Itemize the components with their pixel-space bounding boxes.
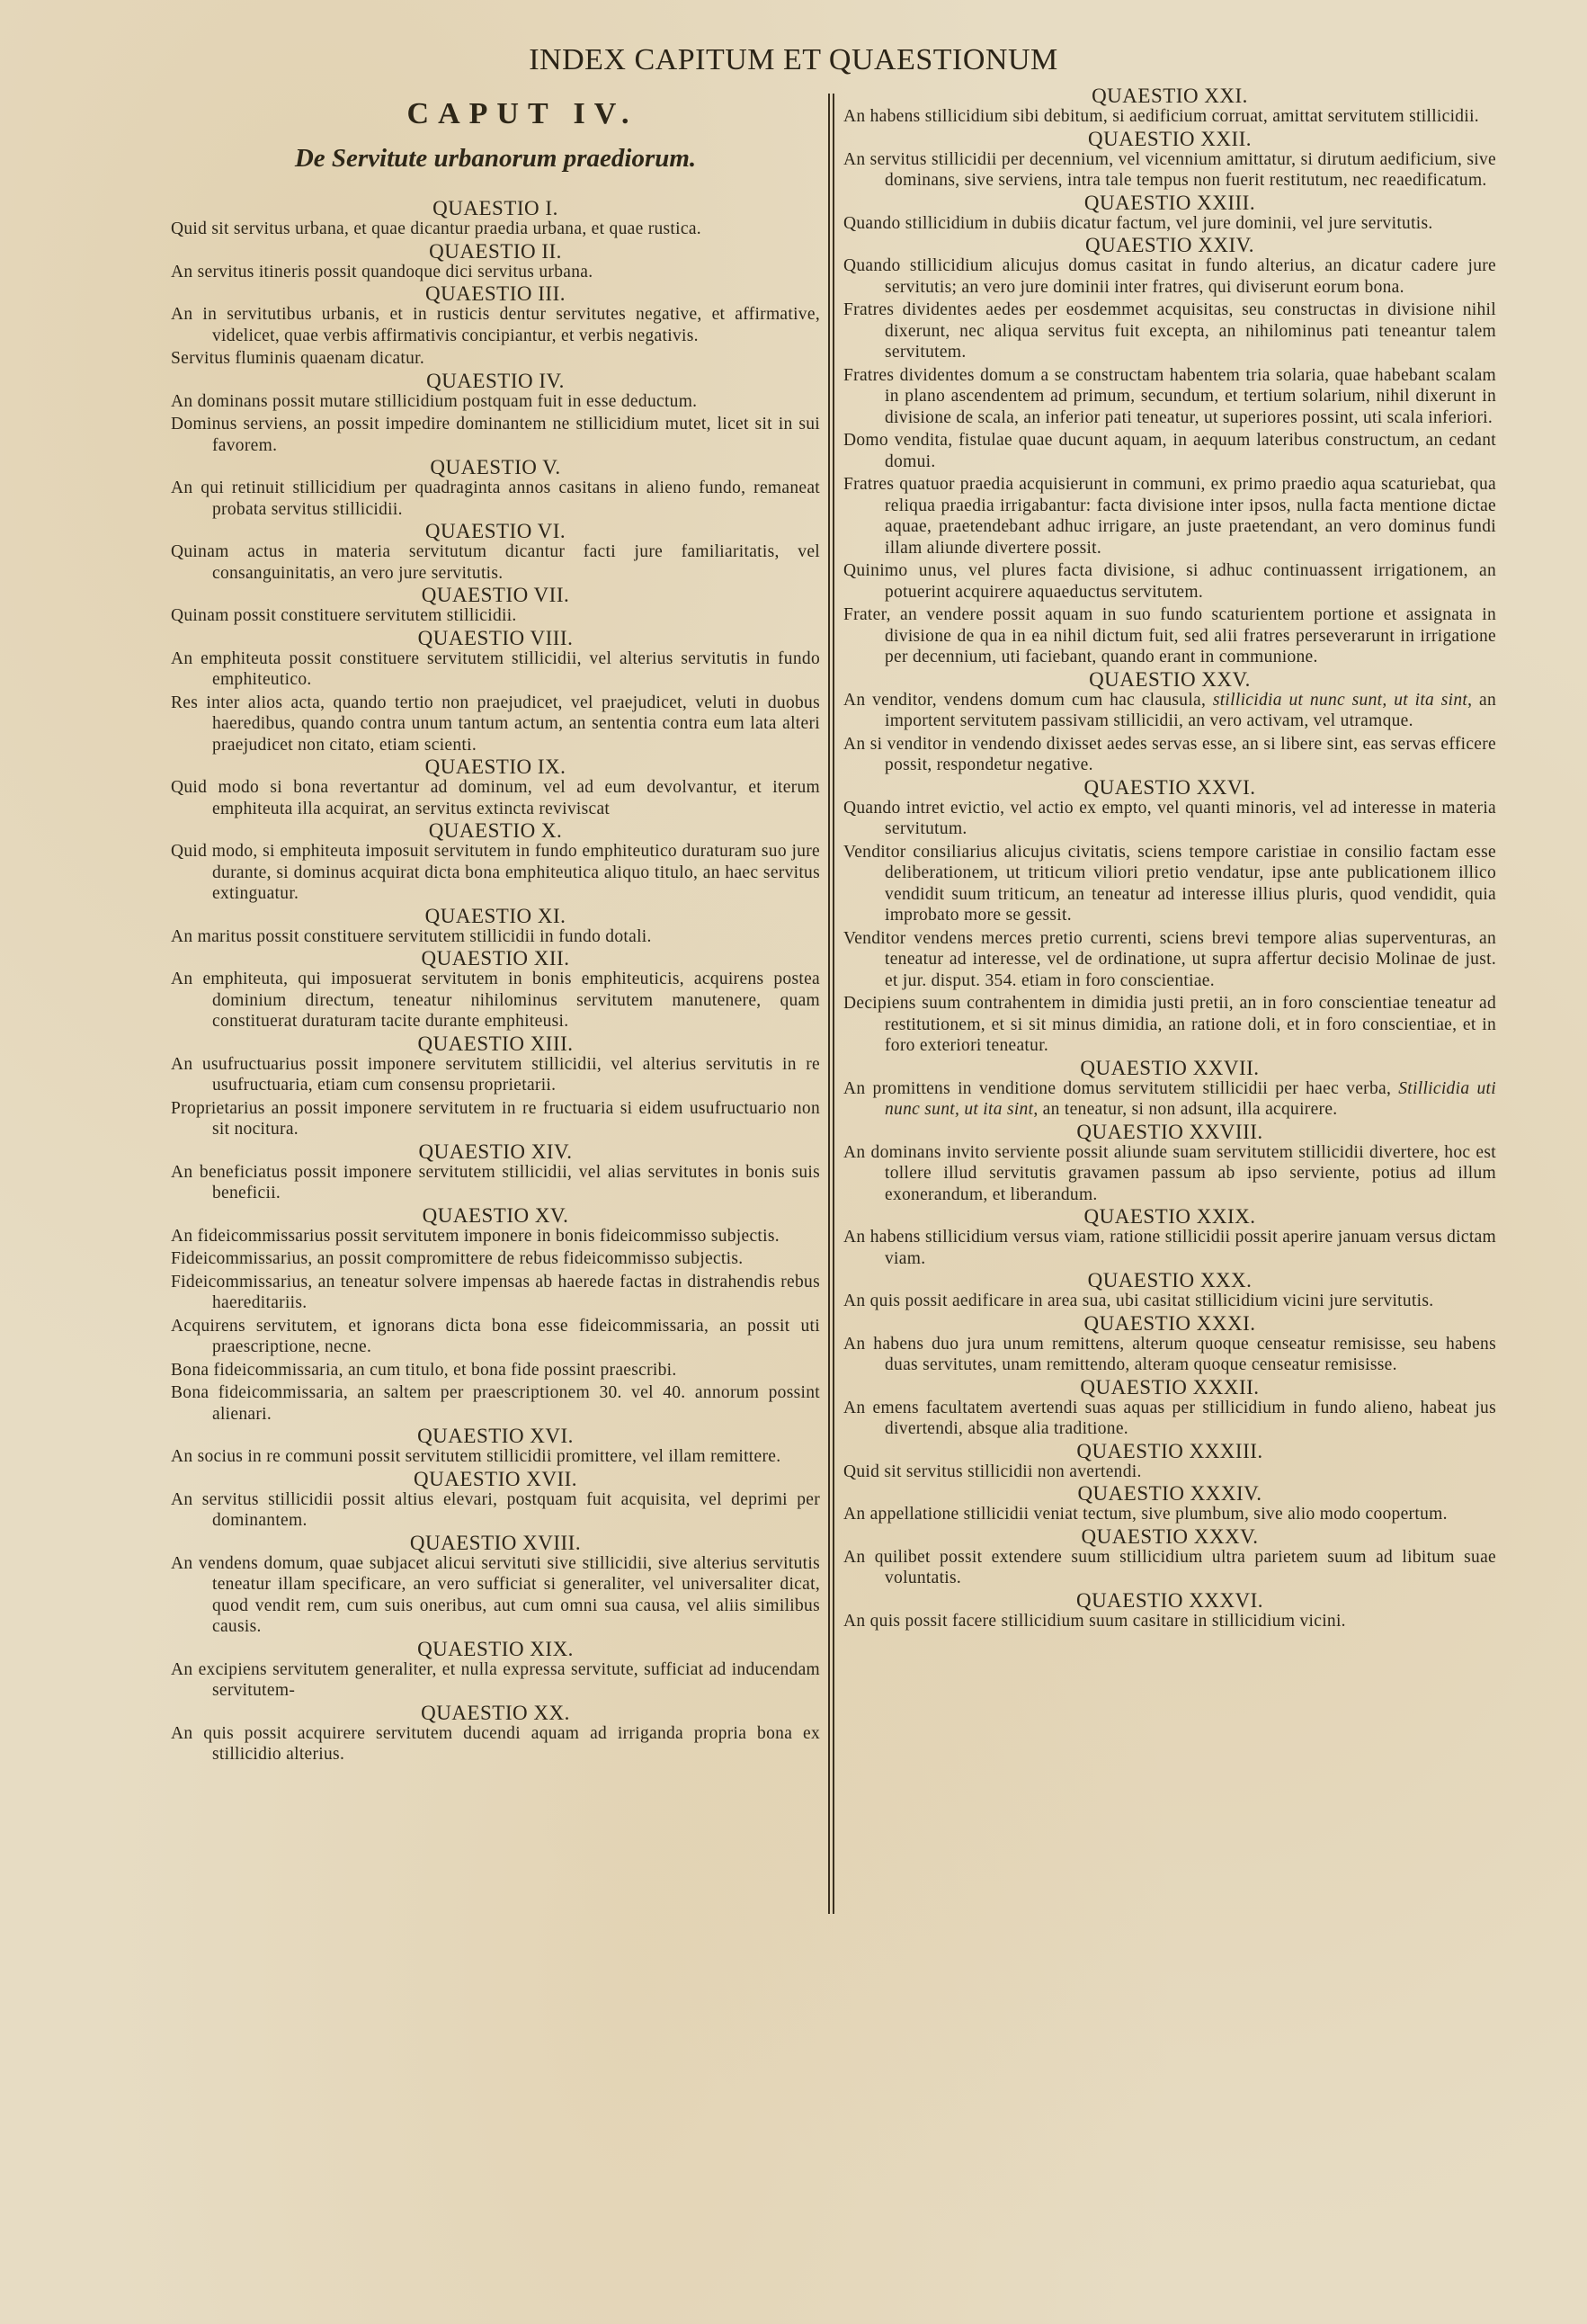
question-entry: Quid modo, si emphiteuta imposuit servit… [171,841,820,905]
question-entry: Bona fideicommissaria, an saltem per pra… [171,1382,820,1425]
question-heading: QUAESTIO XVIII. [171,1533,820,1553]
question-heading: QUAESTIO XXXV. [843,1527,1496,1547]
question-heading: QUAESTIO V. [171,458,820,478]
question-entry: Quinam actus in materia servitutum dican… [171,541,820,584]
question-heading: QUAESTIO II. [171,242,820,262]
chapter-heading: CAPUT IV. [171,97,820,131]
question-heading: QUAESTIO VII. [171,585,820,605]
question-entry: An servitus stillicidii per decennium, v… [843,149,1496,192]
question-heading: QUAESTIO XXXI. [843,1314,1496,1334]
question-heading: QUAESTIO XXXII. [843,1378,1496,1398]
question-list-left: QUAESTIO I.Quid sit servitus urbana, et … [171,199,820,1765]
question-entry: Quid sit servitus stillicidii non averte… [843,1461,1496,1483]
question-entry: An servitus stillicidii possit altius el… [171,1489,820,1532]
question-heading: QUAESTIO XIX. [171,1640,820,1659]
question-entry: An emphiteuta possit constituere servitu… [171,648,820,691]
question-heading: QUAESTIO XVI. [171,1426,820,1446]
question-heading: QUAESTIO XXXVI. [843,1591,1496,1611]
question-heading: QUAESTIO XXIII. [843,193,1496,213]
question-entry: An habens stillicidium sibi debitum, si … [843,106,1496,128]
question-heading: QUAESTIO IX. [171,757,820,777]
question-heading: QUAESTIO XI. [171,907,820,926]
question-entry: An si venditor in vendendo dixisset aede… [843,734,1496,776]
question-entry: Quinimo unus, vel plures facta divisione… [843,560,1496,603]
question-entry: An habens stillicidium versus viam, rati… [843,1227,1496,1269]
question-entry: An usufructuarius possit imponere servit… [171,1054,820,1096]
question-entry: Quando stillicidium alicujus domus casit… [843,255,1496,298]
question-entry: Fideicommissarius, an possit compromitte… [171,1248,820,1270]
question-entry: Fratres quatuor praedia acquisierunt in … [843,474,1496,559]
question-entry: Fratres dividentes domum a se constructa… [843,365,1496,429]
question-entry: Venditor vendens merces pretio currenti,… [843,928,1496,992]
question-entry: An quis possit aedificare in area sua, u… [843,1291,1496,1312]
question-entry: Quando stillicidium in dubiis dicatur fa… [843,213,1496,235]
left-column: CAPUT IV. De Servitute urbanorum praedio… [171,97,820,1767]
question-heading: QUAESTIO VI. [171,522,820,541]
question-entry: An excipiens servitutem generaliter, et … [171,1659,820,1702]
column-divider [828,94,834,1914]
right-column: QUAESTIO XXI.An habens stillicidium sibi… [843,86,1496,1633]
question-heading: QUAESTIO I. [171,199,820,219]
question-entry: An vendens domum, quae subjacet alicui s… [171,1553,820,1638]
question-entry: Frater, an vendere possit aquam in suo f… [843,604,1496,668]
question-heading: QUAESTIO VIII. [171,629,820,648]
question-entry: Dominus serviens, an possit impedire dom… [171,414,820,456]
question-entry: An socius in re communi possit servitute… [171,1446,820,1468]
question-heading: QUAESTIO XXV. [843,670,1496,690]
question-entry: An maritus possit constituere servitutem… [171,926,820,948]
question-heading: QUAESTIO XXXIV. [843,1484,1496,1504]
question-entry: An promittens in venditione domus servit… [843,1078,1496,1121]
question-heading: QUAESTIO XXII. [843,130,1496,149]
question-entry: An in servitutibus urbanis, et in rustic… [171,304,820,346]
question-entry: Venditor consiliarius alicujus civitatis… [843,842,1496,926]
question-heading: QUAESTIO XXVIII. [843,1122,1496,1142]
question-entry: An beneficiatus possit imponere servitut… [171,1162,820,1204]
question-entry: An quis possit facere stillicidium suum … [843,1611,1496,1632]
question-entry: Fratres dividentes aedes per eosdemmet a… [843,299,1496,363]
question-entry: Proprietarius an possit imponere servitu… [171,1098,820,1140]
question-entry: An appellatione stillicidii veniat tectu… [843,1504,1496,1525]
question-heading: QUAESTIO XIV. [171,1142,820,1162]
question-heading: QUAESTIO XVII. [171,1470,820,1489]
question-entry: Quinam possit constituere servitutem sti… [171,605,820,627]
question-entry: Domo vendita, fistulae quae ducunt aquam… [843,430,1496,472]
question-entry: An quilibet possit extendere suum stilli… [843,1547,1496,1589]
question-entry: An emens facultatem avertendi suas aquas… [843,1398,1496,1440]
question-heading: QUAESTIO XX. [171,1703,820,1723]
question-heading: QUAESTIO IV. [171,371,820,391]
question-heading: QUAESTIO X. [171,821,820,841]
question-entry: Res inter alios acta, quando tertio non … [171,693,820,756]
question-entry: Bona fideicommissaria, an cum titulo, et… [171,1360,820,1381]
question-heading: QUAESTIO XIII. [171,1034,820,1054]
question-entry: An emphiteuta, qui imposuerat servitutem… [171,969,820,1032]
question-heading: QUAESTIO XXXIII. [843,1442,1496,1461]
question-heading: QUAESTIO XXVI. [843,778,1496,798]
question-heading: QUAESTIO XXI. [843,86,1496,106]
question-entry: Decipiens suum contrahentem in dimidia j… [843,993,1496,1057]
question-entry: Quid sit servitus urbana, et quae dicant… [171,219,820,240]
question-entry: Quando intret evictio, vel actio ex empt… [843,798,1496,840]
question-entry: An venditor, vendens domum cum hac claus… [843,690,1496,732]
question-heading: QUAESTIO XXVII. [843,1059,1496,1078]
question-heading: QUAESTIO XXX. [843,1271,1496,1291]
question-entry: An dominans possit mutare stillicidium p… [171,391,820,413]
question-entry: Quid modo si bona revertantur ad dominum… [171,777,820,819]
question-entry: An quis possit acquirere servitutem duce… [171,1723,820,1765]
question-heading: QUAESTIO XV. [171,1206,820,1226]
question-entry: An habens duo jura unum remittens, alter… [843,1334,1496,1376]
chapter-subtitle: De Servitute urbanorum praediorum. [171,144,820,174]
question-heading: QUAESTIO XXIV. [843,236,1496,255]
question-entry: Servitus fluminis quaenam dicatur. [171,348,820,370]
question-heading: QUAESTIO XXIX. [843,1207,1496,1227]
question-entry: An servitus itineris possit quandoque di… [171,262,820,283]
page-title: INDEX CAPITUM ET QUAESTIONUM [0,43,1587,77]
question-entry: An dominans invito serviente possit aliu… [843,1142,1496,1206]
question-entry: Fideicommissarius, an teneatur solvere i… [171,1272,820,1314]
question-heading: QUAESTIO XII. [171,949,820,969]
question-entry: An qui retinuit stillicidium per quadrag… [171,478,820,520]
question-entry: An fideicommissarius possit servitutem i… [171,1226,820,1247]
question-heading: QUAESTIO III. [171,284,820,304]
question-list-right: QUAESTIO XXI.An habens stillicidium sibi… [843,86,1496,1631]
question-entry: Acquirens servitutem, et ignorans dicta … [171,1316,820,1358]
